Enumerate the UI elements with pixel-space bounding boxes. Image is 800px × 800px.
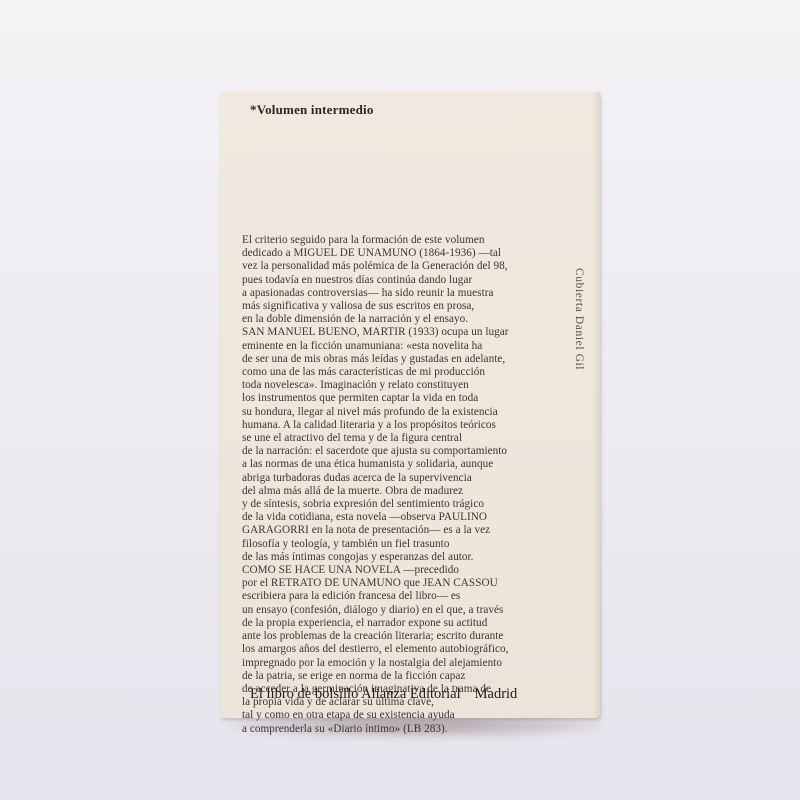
blurb-line: de ser una de mis obras más leídas y gus… xyxy=(242,353,567,366)
blurb-line: eminente en la ficción unamuniana: «esta… xyxy=(242,340,567,353)
blurb-line: a apasionadas controversias— ha sido reu… xyxy=(242,287,567,300)
blurb-line: escribiera para la edición francesa del … xyxy=(242,590,567,603)
blurb-line: de la vida cotidiana, esta novela —obser… xyxy=(242,511,567,524)
blurb-line: en la doble dimensión de la narración y … xyxy=(242,313,567,326)
blurb-line: por el RETRATO DE UNAMUNO que JEAN CASSO… xyxy=(242,577,567,590)
blurb-line: toda novelesca». Imaginación y relato co… xyxy=(242,379,567,392)
blurb-line: los instrumentos que permiten captar la … xyxy=(242,392,567,405)
blurb-line: tal y como en otra etapa de su existenci… xyxy=(242,709,567,722)
blurb-line: abriga turbadoras dudas acerca de la sup… xyxy=(242,472,567,485)
blurb-line: de la propia experiencia, el narrador ex… xyxy=(242,617,567,630)
blurb-line: de la narración: el sacerdote que ajusta… xyxy=(242,445,567,458)
series-note: *Volumen intermedio xyxy=(250,102,374,118)
blurb-text: El criterio seguido para la formación de… xyxy=(242,234,567,736)
blurb-line: su hondura, llegar al nivel más profundo… xyxy=(242,406,567,419)
blurb-line: dedicado a MIGUEL DE UNAMUNO (1864-1936)… xyxy=(242,247,567,260)
blurb-line: y de síntesis, sobria expresión del sent… xyxy=(242,498,567,511)
blurb-line: impregnado por la emoción y la nostalgia… xyxy=(242,657,567,670)
blurb-line: humana. A la calidad literaria y a los p… xyxy=(242,419,567,432)
blurb-line: se une el atractivo del tema y de la fig… xyxy=(242,432,567,445)
blurb-line: vez la personalidad más polémica de la G… xyxy=(242,260,567,273)
publisher-city: Madrid xyxy=(475,686,518,702)
cover-credit: Cubierta Daniel Gil xyxy=(573,268,585,370)
blurb-line: de la patria, se erige en norma de la fi… xyxy=(242,670,567,683)
blurb-line: El criterio seguido para la formación de… xyxy=(242,234,567,247)
blurb-line: COMO SE HACE UNA NOVELA —precedido xyxy=(242,564,567,577)
blurb-line: más significativa y valiosa de sus escri… xyxy=(242,300,567,313)
blurb-line: como una de las más características de m… xyxy=(242,366,567,379)
publisher-name: El libro de bolsillo Alianza Editorial xyxy=(250,686,461,702)
blurb-line: GARAGORRI en la nota de presentación— es… xyxy=(242,524,567,537)
blurb-line: pues todavía en nuestros días continúa d… xyxy=(242,274,567,287)
blurb-line: de las más íntimas congojas y esperanzas… xyxy=(242,551,567,564)
blurb-line: los amargos años del destierro, el eleme… xyxy=(242,643,567,656)
book-back-cover: *Volumen intermedio El criterio seguido … xyxy=(220,92,600,718)
blurb-line: un ensayo (confesión, diálogo y diario) … xyxy=(242,604,567,617)
blurb-line: del alma más allá de la muerte. Obra de … xyxy=(242,485,567,498)
blurb-line: a comprenderla su «Diario íntimo» (LB 28… xyxy=(242,723,567,736)
blurb-line: ante los problemas de la creación litera… xyxy=(242,630,567,643)
blurb-line: a las normas de una ética humanista y so… xyxy=(242,458,567,471)
blurb-line: SAN MANUEL BUENO, MARTIR (1933) ocupa un… xyxy=(242,326,567,339)
publisher-footer: El libro de bolsillo Alianza EditorialMa… xyxy=(250,686,517,703)
blurb-line: filosofía y teología, y también un fiel … xyxy=(242,538,567,551)
